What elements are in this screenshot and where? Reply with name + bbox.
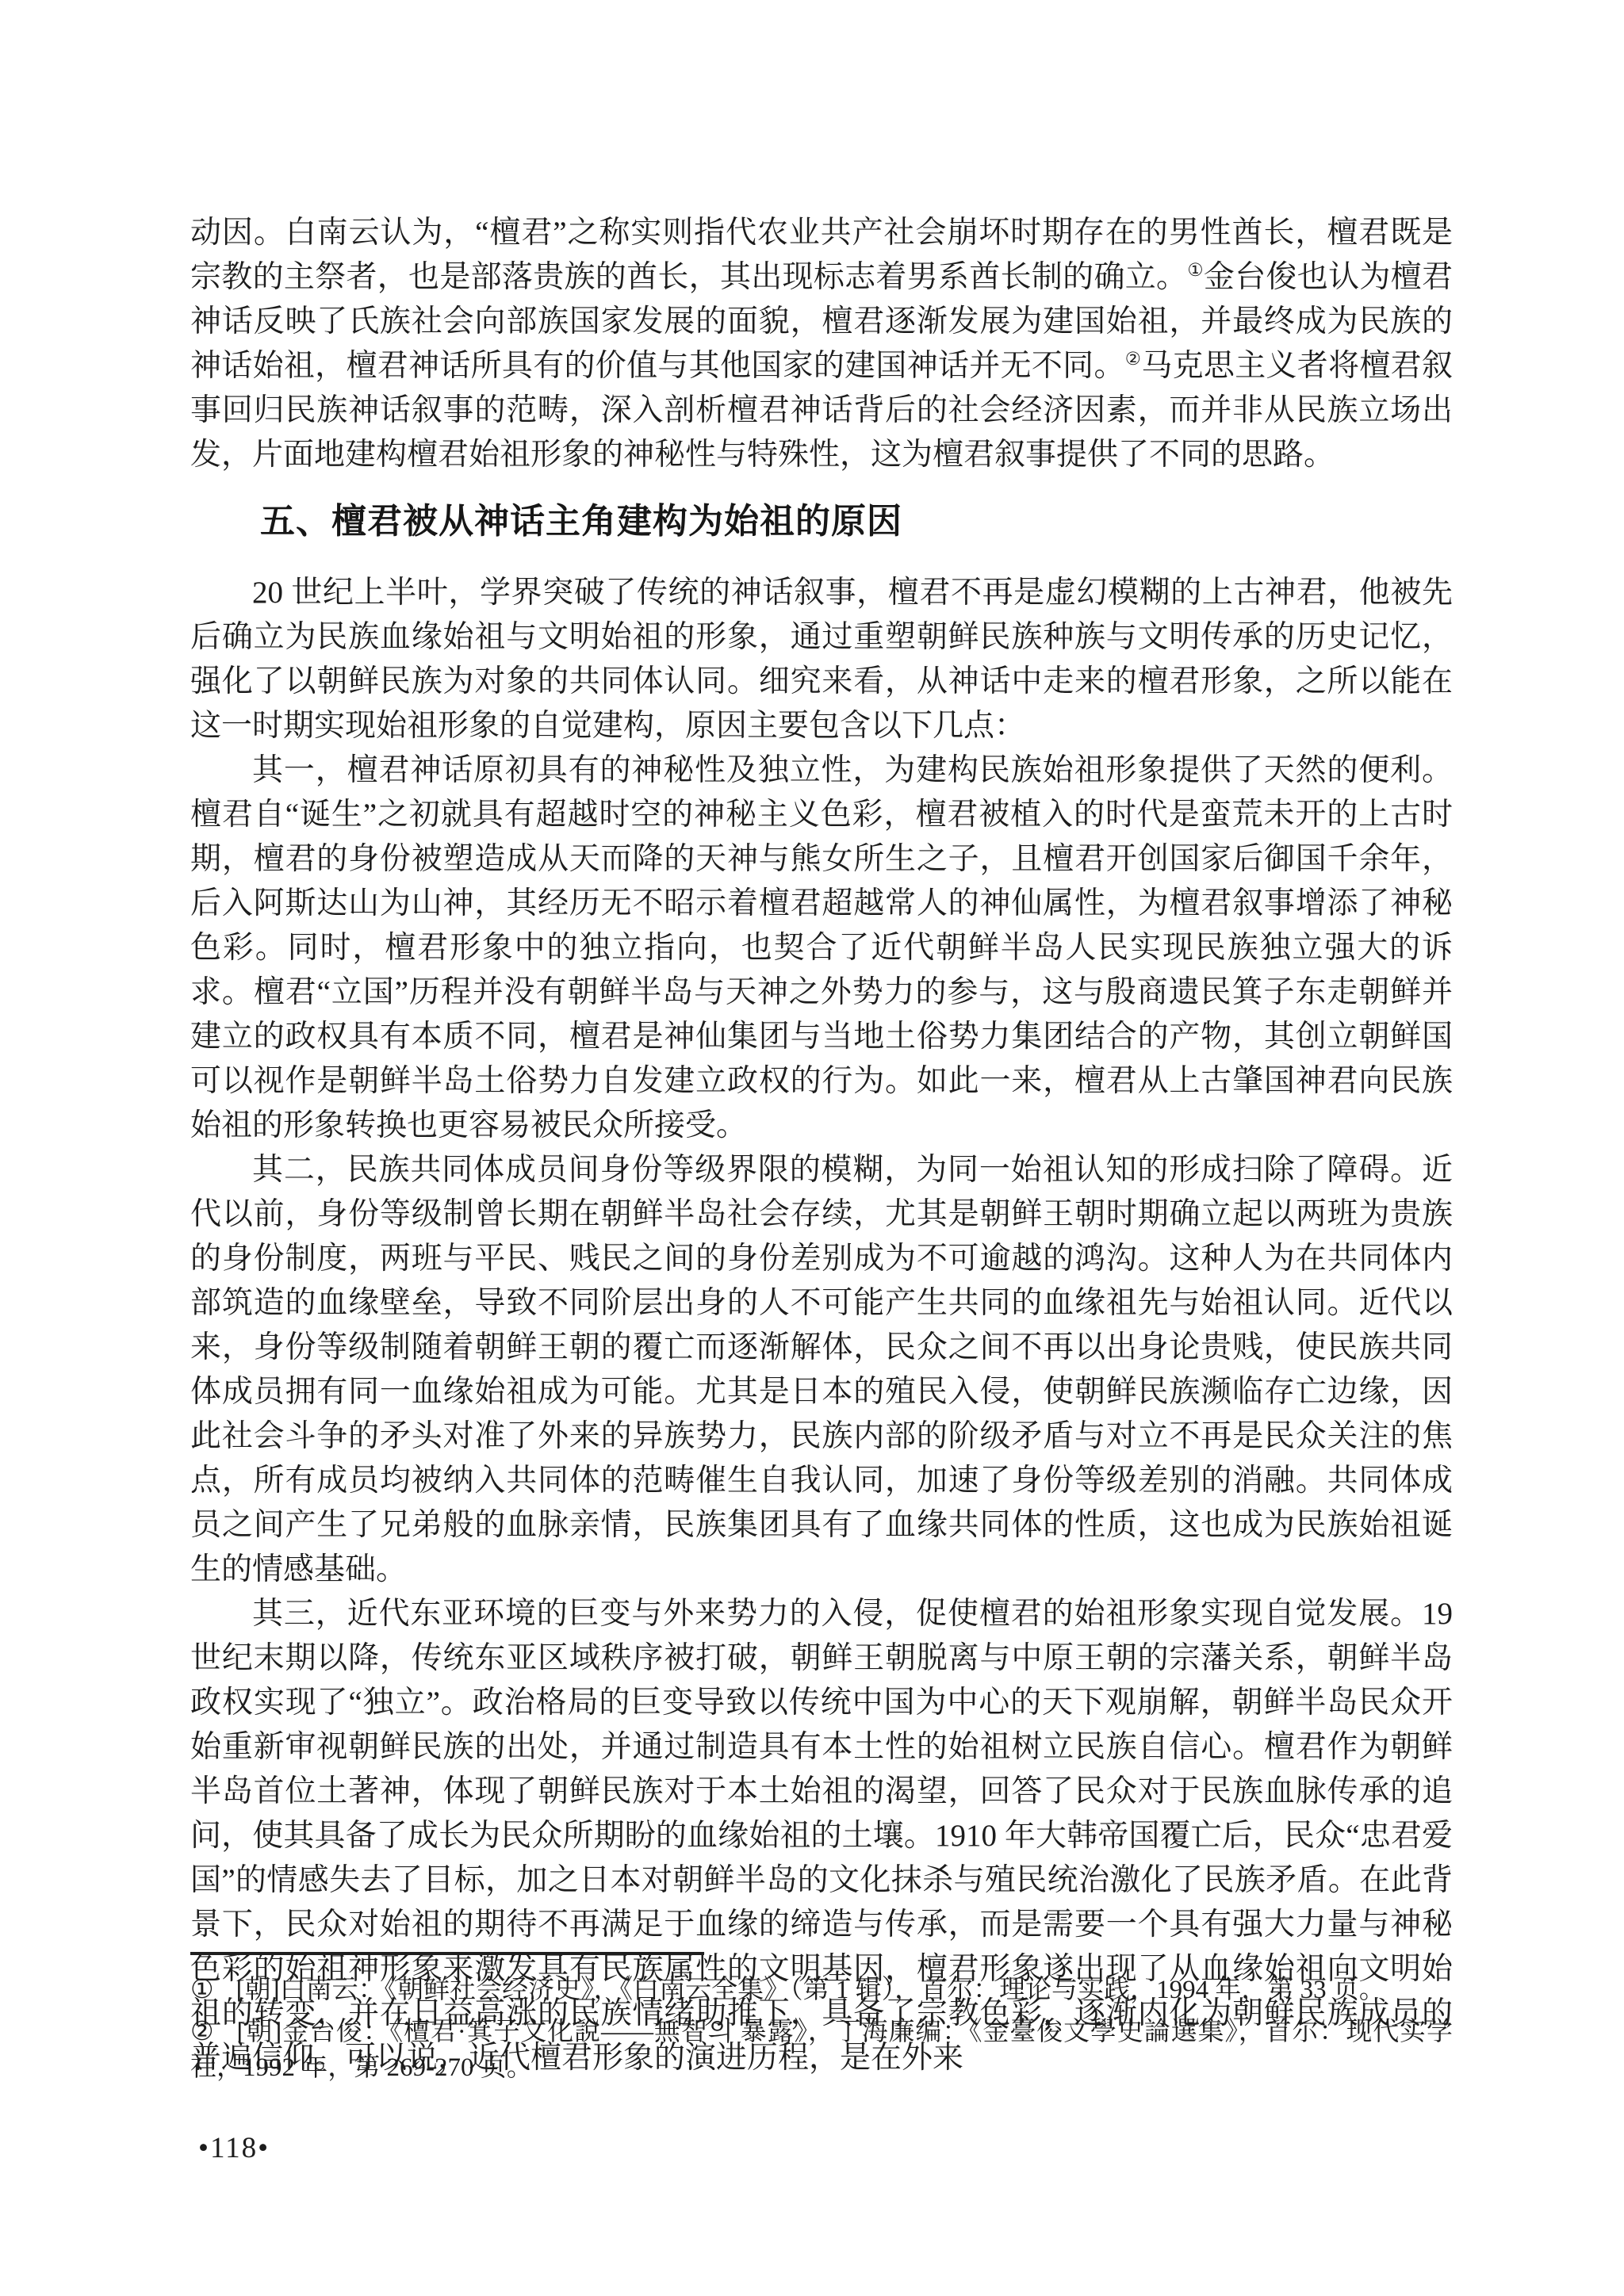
footnote-1-marker: ① bbox=[190, 1976, 214, 2004]
section-heading: 五、檀君被从神话主角建构为始祖的原因 bbox=[190, 498, 1453, 545]
paragraph-reason-2: 其二，民族共同体成员间身份等级界限的模糊，为同一始祖认知的形成扫除了障碍。近代以… bbox=[190, 1148, 1453, 1592]
footnote-2-marker: ② bbox=[190, 2018, 214, 2046]
footnote-1: ①[朝]白南云：《朝鲜社会经济史》，《白南云全集》（第 1 辑），首尔：理论与实… bbox=[190, 1973, 1453, 2008]
footnote-separator-line bbox=[190, 1952, 704, 1955]
footnote-2-text: [朝]金台俊：《檀君·箕子文化說——無智의 暴露》，丁海廉编：《金臺俊文學史論選… bbox=[190, 2018, 1453, 2082]
paper-page: 动因。白南云认为，“檀君”之称实则指代农业共产社会崩坏时期存在的男性酋长，檀君既… bbox=[0, 0, 1624, 2296]
article-body: 动因。白南云认为，“檀君”之称实则指代农业共产社会崩坏时期存在的男性酋长，檀君既… bbox=[190, 211, 1453, 2080]
paragraph-reason-1: 其一，檀君神话原初具有的神秘性及独立性，为建构民族始祖形象提供了天然的便利。檀君… bbox=[190, 748, 1453, 1148]
footnote-2: ②[朝]金台俊：《檀君·箕子文化說——無智의 暴露》，丁海廉编：《金臺俊文學史論… bbox=[190, 2015, 1453, 2086]
page-number: •118• bbox=[198, 2131, 270, 2165]
paragraph-continuation: 动因。白南云认为，“檀君”之称实则指代农业共产社会崩坏时期存在的男性酋长，檀君既… bbox=[190, 211, 1453, 477]
footnotes-section: ①[朝]白南云：《朝鲜社会经济史》，《白南云全集》（第 1 辑），首尔：理论与实… bbox=[190, 1952, 1453, 2092]
footnote-1-text: [朝]白南云：《朝鲜社会经济史》，《白南云全集》（第 1 辑），首尔：理论与实践… bbox=[236, 1976, 1385, 2004]
paragraph-overview: 20 世纪上半叶，学界突破了传统的神话叙事，檀君不再是虚幻模糊的上古神君，他被先… bbox=[190, 571, 1453, 748]
